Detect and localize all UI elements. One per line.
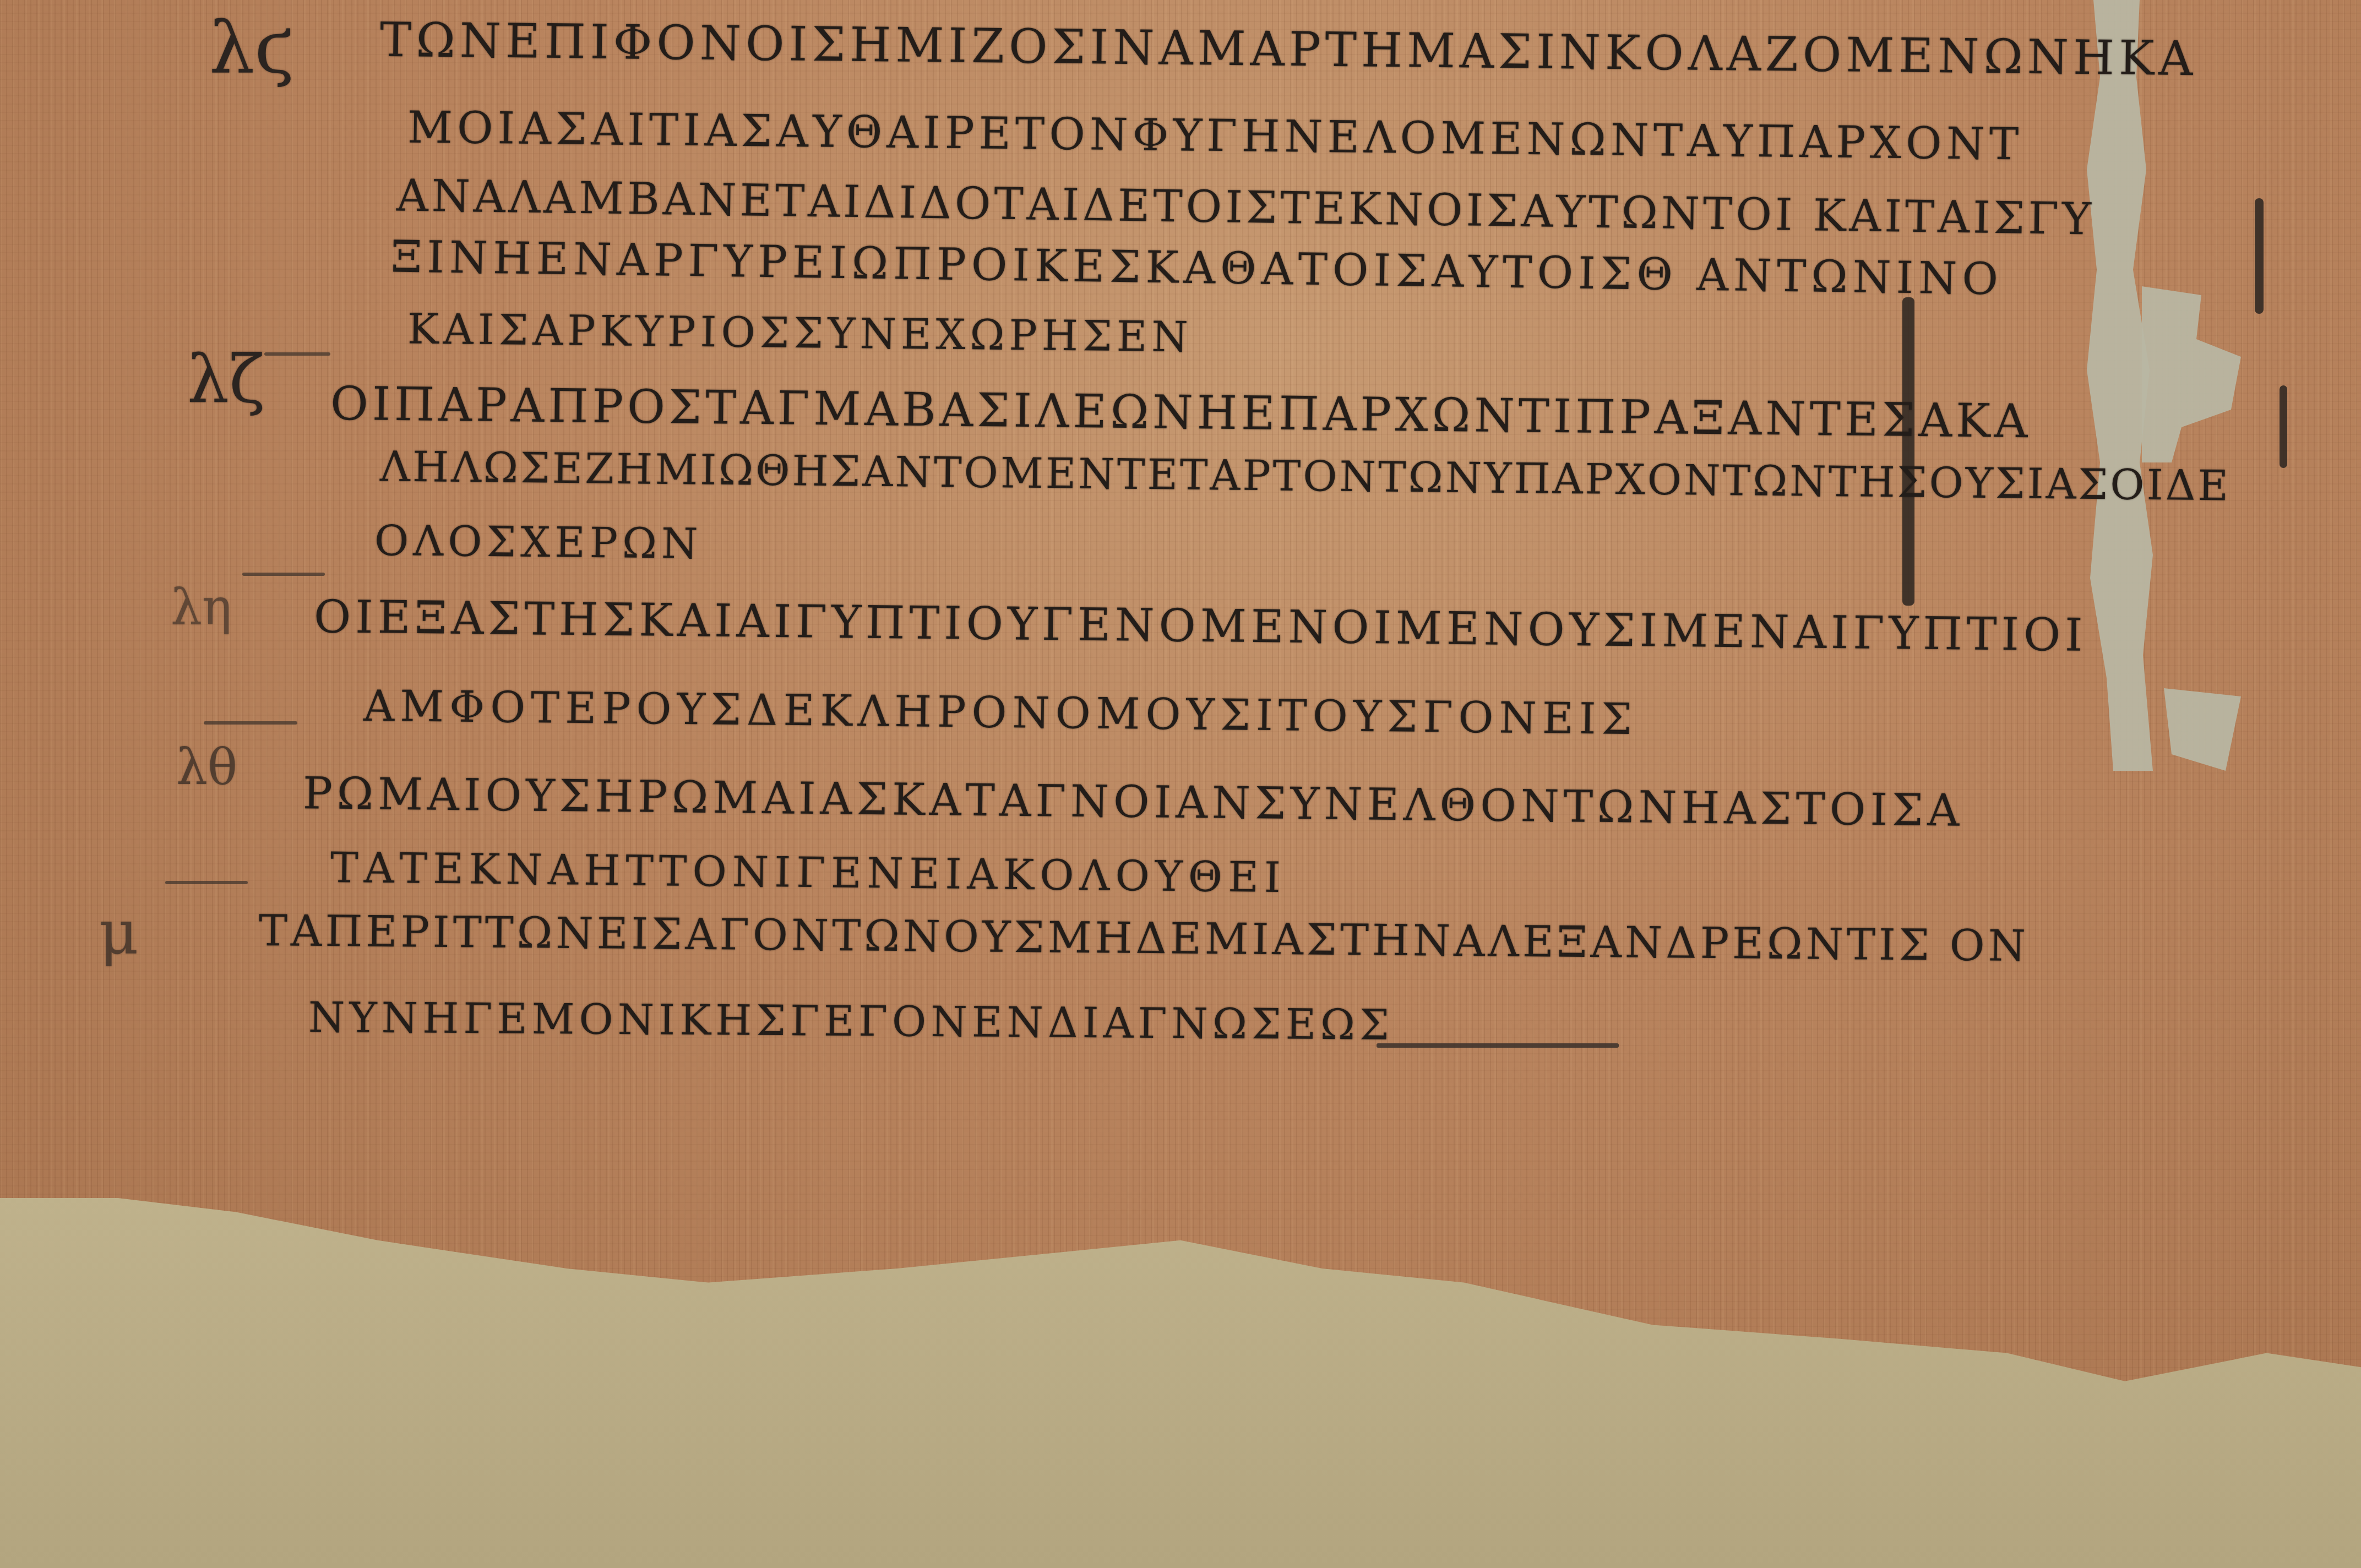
line-filler-stroke (1377, 1043, 1619, 1048)
section-numeral: λζ (187, 341, 265, 418)
paragraphos-mark (165, 881, 248, 884)
papyrus-text-line: ΤΑΤΕΚΝΑΗΤΤΟΝΙΓΕΝΕΙΑΚΟΛΟΥΘΕΙ (330, 843, 1287, 902)
section-numeral: λϛ (209, 6, 295, 89)
papyrus-text-line: ΚΑΙΣΑΡΚΥΡΙΟΣΣΥΝΕΧΩΡΗΣΕΝ (407, 304, 1193, 362)
papyrus-text-line: ΝΥΝΗΓΕΜΟΝΙΚΗΣΓΕΓΟΝΕΝΔΙΑΓΝΩΣΕΩΣ (308, 993, 1394, 1049)
papyrus-text-line: ΟΛΟΣΧΕΡΩΝ (374, 516, 703, 568)
paragraphos-mark (204, 721, 297, 725)
section-numeral: λθ (176, 738, 237, 796)
paragraphos-mark (242, 573, 325, 576)
paragraphos-mark (264, 352, 330, 356)
section-numeral: λη (171, 578, 232, 636)
ink-stroke (2255, 198, 2264, 314)
section-numeral: μ (99, 897, 139, 968)
ink-stroke (1902, 297, 1914, 606)
ink-stroke (2280, 385, 2287, 468)
